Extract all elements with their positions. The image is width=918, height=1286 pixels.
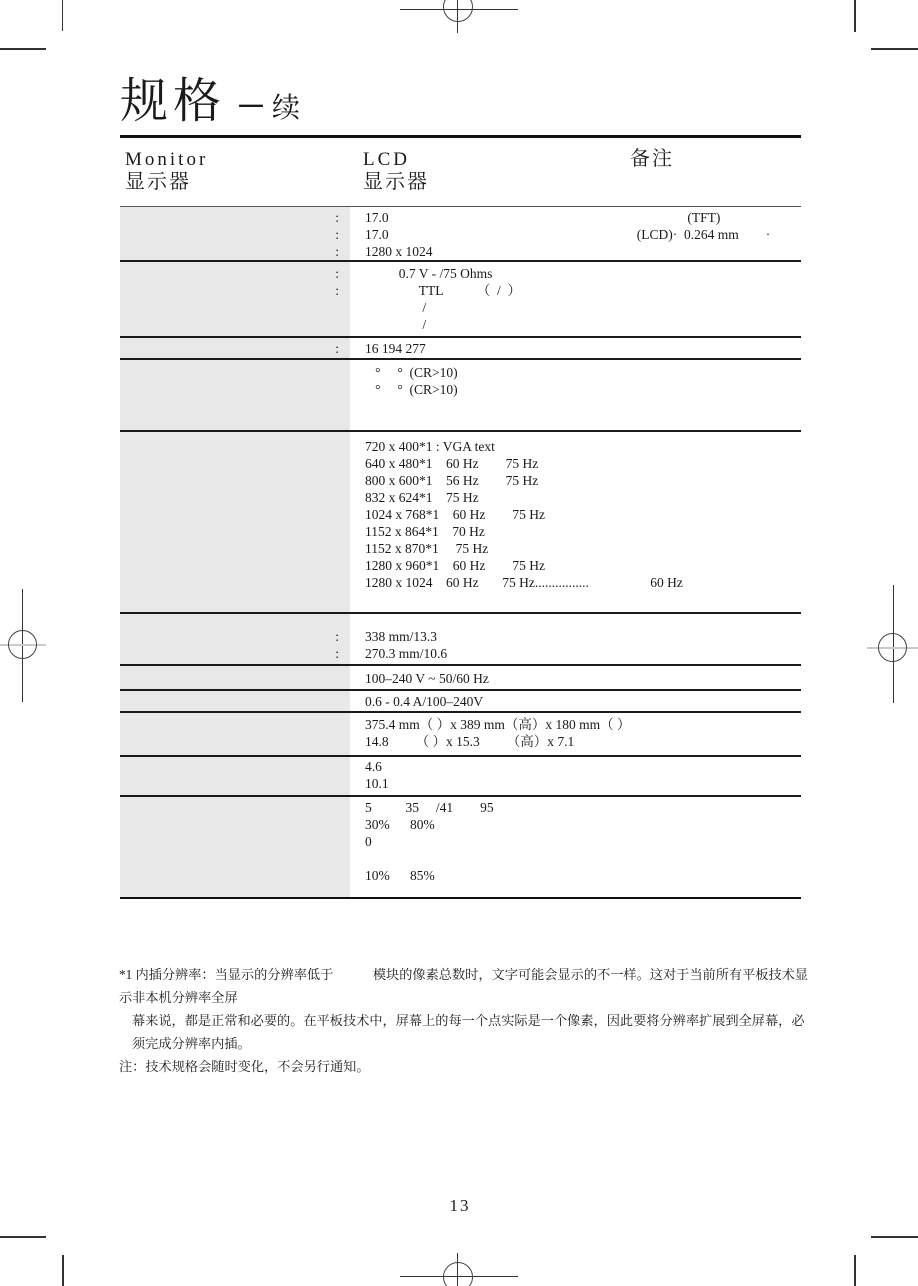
crop-mark-bottom-left-horizontal [0,1236,46,1238]
spec-value: / [350,299,630,316]
spec-note [630,523,801,540]
spec-note [630,316,801,333]
spec-label-colon [120,557,350,574]
spec-label-colon [120,775,350,792]
footnote-line: *1 内插分辨率：当显示的分辨率低于 模块的像素总数时，文字可能会显示的不一样。… [119,963,815,1009]
spec-label-colon [120,574,350,591]
crop-mark-bottom-left-vertical [62,1255,64,1286]
spec-label-colon [120,523,350,540]
spec-row: 720 x 400*1 : VGA text640 x 480*1 60 Hz … [120,430,801,612]
spec-line: 1152 x 864*1 70 Hz [120,523,801,540]
page-number: 13 [120,1196,800,1216]
header-lcd-en: LCD [363,148,630,171]
footnote-line: 幕来说，都是正常和必要的。在平板技术中，屏幕上的每一个点实际是一个像素，因此要将… [119,1009,815,1055]
spec-line: 832 x 624*1 75 Hz [120,489,801,506]
spec-row: 375.4 mm（ ）x 389 mm（高）x 180 mm（ ）14.8 （ … [120,711,801,755]
spec-value: 375.4 mm（ ）x 389 mm（高）x 180 mm（ ） [350,716,630,733]
spec-value: 832 x 624*1 75 Hz [350,489,630,506]
spec-row: 0.6 - 0.4 A/100–240V [120,689,801,711]
spec-value: 17.0 [350,226,630,243]
spec-note [630,628,801,645]
spec-row: : 0.7 V - /75 Ohms: TTL （ / ） / / [120,260,801,336]
spec-value [350,850,630,867]
spec-row: :16 194 277 [120,336,801,358]
spec-value: 1152 x 870*1 75 Hz [350,540,630,557]
spec-label-colon [120,833,350,850]
spec-value: 338 mm/13.3 [350,628,630,645]
spec-label-colon [120,758,350,775]
spec-row: 5 35 /41 9530% 80%010% 85% [120,795,801,897]
header-lcd-column: LCD 显示器 [363,148,630,194]
spec-note [630,716,801,733]
spec-line: 0 [120,833,801,850]
spec-value: 1280 x 1024 [350,243,630,260]
registration-target-bottom-circle [443,1262,473,1286]
spec-note [630,557,801,574]
spec-note [630,799,801,816]
spec-note [630,299,801,316]
spec-value: 720 x 400*1 : VGA text [350,438,630,455]
spec-label-colon: : [120,628,350,645]
spec-line: :17.0 (TFT) [120,209,801,226]
spec-note [630,733,801,750]
spec-label-colon [120,299,350,316]
spec-note [630,438,801,455]
crop-mark-top-left-horizontal [0,48,46,50]
spec-value: 1152 x 864*1 70 Hz [350,523,630,540]
spec-note [630,833,801,850]
spec-line: 1280 x 960*1 60 Hz 75 Hz [120,557,801,574]
header-lcd-cn: 显示器 [363,171,630,194]
spec-row: :17.0 (TFT):17.0 (LCD)· 0.264 mm ·:1280 … [120,207,801,260]
spec-row: ° ° (CR>10) ° ° (CR>10) [120,358,801,430]
spec-value: 1280 x 1024 60 Hz 75 Hz................ [350,574,630,591]
spec-value: 10.1 [350,775,630,792]
spec-note [630,340,801,357]
spec-label-colon [120,472,350,489]
spec-label-colon: : [120,209,350,226]
spec-line: 10% 85% [120,867,801,884]
spec-value: 100–240 V ~ 50/60 Hz [350,670,630,687]
spec-line: 5 35 /41 95 [120,799,801,816]
footnote-line: 注：技术规格会随时变化，不会另行通知。 [119,1055,815,1078]
spec-line: 4.6 [120,758,801,775]
spec-line: 10.1 [120,775,801,792]
spec-label-colon [120,316,350,333]
spec-note [630,775,801,792]
spec-label-colon [120,867,350,884]
spec-label-colon [120,799,350,816]
spec-label-colon [120,364,350,381]
spec-label-colon [120,540,350,557]
spec-label-colon: : [120,243,350,260]
spec-line: :1280 x 1024 [120,243,801,260]
spec-value: 640 x 480*1 60 Hz 75 Hz [350,455,630,472]
spec-label-colon [120,506,350,523]
spec-note [630,670,801,687]
spec-label-colon [120,733,350,750]
page-title: 规格 － 续 [120,62,300,131]
spec-value: 5 35 /41 95 [350,799,630,816]
spec-value: 0.7 V - /75 Ohms [350,265,630,282]
spec-label-colon [120,716,350,733]
spec-label-colon [120,816,350,833]
spec-value: / [350,316,630,333]
spec-row: 4.610.1 [120,755,801,795]
spec-note [630,282,801,299]
spec-row: :338 mm/13.3:270.3 mm/10.6 [120,612,801,664]
spec-value: 800 x 600*1 56 Hz 75 Hz [350,472,630,489]
header-notes-label: 备注 [630,148,810,171]
spec-label-colon [120,489,350,506]
crop-mark-top-right-vertical [854,0,856,32]
spec-line: 720 x 400*1 : VGA text [120,438,801,455]
crop-mark-bottom-right-vertical [854,1255,856,1286]
spec-line: 100–240 V ~ 50/60 Hz [120,670,801,687]
spec-line: :16 194 277 [120,340,801,357]
spec-label-colon: : [120,340,350,357]
registration-target-top-circle [443,0,473,22]
spec-note: 60 Hz [630,574,801,591]
spec-line: :338 mm/13.3 [120,628,801,645]
spec-label-colon: : [120,226,350,243]
spec-line: 800 x 600*1 56 Hz 75 Hz [120,472,801,489]
spec-line: : TTL （ / ） [120,282,801,299]
spec-value: ° ° (CR>10) [350,364,630,381]
spec-note [630,381,801,398]
spec-line: 0.6 - 0.4 A/100–240V [120,693,801,710]
spec-line: ° ° (CR>10) [120,364,801,381]
spec-line: 640 x 480*1 60 Hz 75 Hz [120,455,801,472]
spec-note [630,455,801,472]
spec-label-colon [120,670,350,687]
spec-line: / [120,316,801,333]
spec-line: 375.4 mm（ ）x 389 mm（高）x 180 mm（ ） [120,716,801,733]
spec-line: :270.3 mm/10.6 [120,645,801,662]
spec-label-colon: : [120,645,350,662]
registration-target-right-circle [878,633,907,662]
spec-note: (LCD)· 0.264 mm · [630,226,801,243]
spec-value: ° ° (CR>10) [350,381,630,398]
spec-note [630,645,801,662]
table-header: Monitor 显示器 LCD 显示器 备注 [120,148,810,194]
crop-mark-top-left-vertical [62,0,63,31]
spec-line: : 0.7 V - /75 Ohms [120,265,801,282]
spec-line: 14.8 （ ）x 15.3 （高）x 7.1 [120,733,801,750]
title-rule [120,135,801,138]
spec-value: 14.8 （ ）x 15.3 （高）x 7.1 [350,733,630,750]
spec-line [120,850,801,867]
spec-label-colon [120,438,350,455]
footnotes: *1 内插分辨率：当显示的分辨率低于 模块的像素总数时，文字可能会显示的不一样。… [119,963,815,1078]
spec-line: ° ° (CR>10) [120,381,801,398]
spec-label-colon: : [120,282,350,299]
spec-note [630,693,801,710]
spec-line: 30% 80% [120,816,801,833]
spec-value: 1280 x 960*1 60 Hz 75 Hz [350,557,630,574]
spec-note [630,867,801,884]
spec-row: 100–240 V ~ 50/60 Hz [120,664,801,689]
spec-label-colon [120,381,350,398]
spec-value: TTL （ / ） [350,282,630,299]
crop-mark-top-right-horizontal [871,48,918,50]
spec-value: 270.3 mm/10.6 [350,645,630,662]
page-title-suffix: 续 [272,86,300,126]
spec-label-colon [120,850,350,867]
spec-value: 0.6 - 0.4 A/100–240V [350,693,630,710]
spec-value: 10% 85% [350,867,630,884]
spec-line: :17.0 (LCD)· 0.264 mm · [120,226,801,243]
spec-note [630,472,801,489]
spec-note [630,540,801,557]
page-title-main: 规格 [120,62,226,131]
spec-note [630,850,801,867]
spec-note [630,758,801,775]
spec-line: 1280 x 1024 60 Hz 75 Hz................ … [120,574,801,591]
spec-label-colon [120,693,350,710]
spec-value: 30% 80% [350,816,630,833]
spec-value: 16 194 277 [350,340,630,357]
header-notes-column: 备注 [630,148,810,194]
spec-note [630,265,801,282]
spec-note [630,489,801,506]
spec-note: (TFT) [630,209,801,226]
header-monitor-column: Monitor 显示器 [120,148,363,194]
spec-note [630,506,801,523]
spec-label-colon: : [120,265,350,282]
crop-mark-bottom-right-horizontal [871,1236,918,1238]
spec-value: 17.0 [350,209,630,226]
spec-line: 1152 x 870*1 75 Hz [120,540,801,557]
spec-line: / [120,299,801,316]
registration-target-left-circle [8,630,37,659]
spec-table: :17.0 (TFT):17.0 (LCD)· 0.264 mm ·:1280 … [120,206,801,899]
spec-value: 4.6 [350,758,630,775]
page-title-dash: － [236,82,266,126]
spec-value: 0 [350,833,630,850]
spec-value: 1024 x 768*1 60 Hz 75 Hz [350,506,630,523]
spec-note [630,364,801,381]
spec-label-colon [120,455,350,472]
header-monitor-en: Monitor [125,148,363,171]
spec-note [630,816,801,833]
spec-line: 1024 x 768*1 60 Hz 75 Hz [120,506,801,523]
spec-note [630,243,801,260]
header-monitor-cn: 显示器 [125,171,363,194]
